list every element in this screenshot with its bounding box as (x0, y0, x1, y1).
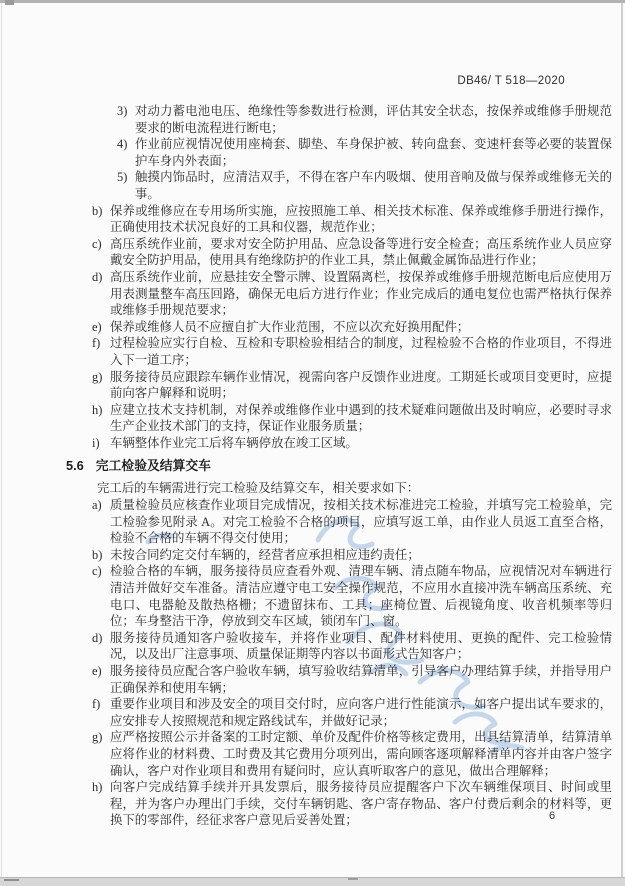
list-item-text: 向客户完成结算手续并开具发票后，服务接待员应提醒客户下次车辆维保项目、时间或里程… (110, 779, 612, 829)
list-item: a) 质量检验员应核查作业项目完成情况，按相关技术标准进完工检验，并填写完工检验… (92, 497, 612, 547)
list-item: 3) 对动力蓄电池电压、绝缘性等参数进行检测，评估其安全状态，按保养或维修手册规… (117, 103, 612, 136)
scan-edge-notch (5, 0, 14, 5)
list-item: h) 向客户完成结算手续并开具发票后，服务接待员应提醒客户下次车辆维保项目、时间… (92, 779, 612, 829)
page-number: 6 (549, 810, 555, 822)
list-item-text: 作业前应视情况使用座椅套、脚垫、车身保护被、转向盘套、变速杆套等必要的装置保护车… (135, 136, 612, 169)
page-body: 3) 对动力蓄电池电压、绝缘性等参数进行检测，评估其安全状态，按保养或维修手册规… (66, 103, 612, 829)
list-item-label: e) (92, 663, 110, 696)
list-item-label: d) (92, 269, 110, 319)
list-item-text: 触摸内饰品时，应清洁双手，不得在客户车内吸烟、使用音响及做与保养或维修无关的事。 (135, 169, 612, 202)
list-item-text: 未按合同约定交付车辆的，经营者应承担相应违约责任； (110, 547, 612, 564)
list-item-label: f) (92, 696, 110, 729)
document-number: DB46/ T 518—2020 (457, 75, 565, 87)
scan-artifact (4, 879, 19, 881)
list-item-label: e) (92, 319, 110, 336)
list-item: d) 高压系统作业前，应悬挂安全警示牌、设置隔离栏，按保养或维修手册规范断电后应… (92, 269, 612, 319)
list-item: d) 服务接待员通知客户验收接车，并将作业项目、配件材料使用、更换的配件、完工检… (92, 630, 612, 663)
list-item: g) 服务接待员应跟踪车辆作业情况，视需向客户反馈作业进度。工期延长或项目变更时… (92, 369, 612, 402)
list-item-text: 质量检验员应核查作业项目完成情况，按相关技术标准进完工检验，并填写完工检验单，完… (110, 497, 612, 547)
list-item: e) 服务接待员应配合客户验收车辆，填写验收结算清单，引导客户办理结算手续，并指… (92, 663, 612, 696)
list-item-label: g) (92, 369, 110, 402)
list-item-label: a) (92, 497, 110, 547)
list-item-label: 3) (117, 103, 135, 136)
list-item-text: 服务接待员通知客户验收接车，并将作业项目、配件材料使用、更换的配件、完工检验情况… (110, 630, 612, 663)
list-item-label: h) (92, 779, 110, 829)
section-intro: 完工后的车辆需进行完工检验及结算交车，相关要求如下： (66, 480, 612, 497)
section-title: 完工检验及结算交车 (96, 458, 211, 473)
list-item-text: 服务接待员应跟踪车辆作业情况，视需向客户反馈作业进度。工期延长或项目变更时，应提… (110, 369, 612, 402)
list-item-label: b) (92, 547, 110, 564)
list-item-label: d) (92, 630, 110, 663)
list-item-text: 服务接待员应配合客户验收车辆，填写验收结算清单，引导客户办理结算手续，并指导用户… (110, 663, 612, 696)
list-item-label: i) (92, 435, 110, 452)
scan-edge-bottom (0, 877, 625, 886)
list-item: c) 高压系统作业前，要求对安全防护用品、应急设备等进行安全检查；高压系统作业人… (92, 236, 612, 269)
list-item-label: b) (92, 203, 110, 236)
list-item: h) 应建立技术支持机制，对保养或维修作业中遇到的技术疑难问题做出及时响应，必要… (92, 402, 612, 435)
list-item-label: c) (92, 236, 110, 269)
list-item-label: h) (92, 402, 110, 435)
list-item: b) 未按合同约定交付车辆的，经营者应承担相应违约责任； (92, 547, 612, 564)
list-item-label: c) (92, 563, 110, 629)
list-item-text: 保养或维修人员不应擅自扩大作业范围，不应以次充好换用配件； (110, 319, 612, 336)
list-item-text: 过程检验应实行自检、互检和专职检验相结合的制度，过程检验不合格的作业项目，不得进… (110, 335, 612, 368)
list-item-text: 高压系统作业前，应悬挂安全警示牌、设置隔离栏，按保养或维修手册规范断电后应使用万… (110, 269, 612, 319)
scan-edge-left (1, 3, 2, 877)
list-item-label: f) (92, 335, 110, 368)
list-item-label: g) (92, 729, 110, 779)
list-item-label: 5) (117, 169, 135, 202)
list-item: g) 应严格按照公示并备案的工时定额、单价及配件价格等核定费用，出具结算清单，结… (92, 729, 612, 779)
list-item-label: 4) (117, 136, 135, 169)
list-item-text: 检验合格的车辆，服务接待员应查看外观、清理车辆、清点随车物品，应视情况对车辆进行… (110, 563, 612, 629)
list-item: 4) 作业前应视情况使用座椅套、脚垫、车身保护被、转向盘套、变速杆套等必要的装置… (117, 136, 612, 169)
list-item: e) 保养或维修人员不应擅自扩大作业范围，不应以次充好换用配件； (92, 319, 612, 336)
list-item-text: 车辆整体作业完工后将车辆停放在竣工区域。 (110, 435, 612, 452)
section-heading: 5.6完工检验及结算交车 (66, 459, 612, 473)
list-item-text: 对动力蓄电池电压、绝缘性等参数进行检测，评估其安全状态，按保养或维修手册规范要求… (135, 103, 612, 136)
list-item: 5) 触摸内饰品时，应清洁双手，不得在客户车内吸烟、使用音响及做与保养或维修无关… (117, 169, 612, 202)
list-item: f) 过程检验应实行自检、互检和专职检验相结合的制度，过程检验不合格的作业项目，… (92, 335, 612, 368)
list-item-text: 保养或维修应在专用场所实施，应按照施工单、相关技术标准、保养或维修手册进行操作，… (110, 203, 612, 236)
scan-artifact (348, 878, 358, 880)
list-item-text: 重要作业项目和涉及安全的项目交付时，应向客户进行性能演示，如客户提出试车要求的，… (110, 696, 612, 729)
section-number: 5.6 (66, 458, 84, 473)
scan-edge-right (621, 3, 623, 877)
list-item-text: 应严格按照公示并备案的工时定额、单价及配件价格等核定费用，出具结算清单，结算清单… (110, 729, 612, 779)
list-item: i) 车辆整体作业完工后将车辆停放在竣工区域。 (92, 435, 612, 452)
list-item: c) 检验合格的车辆，服务接待员应查看外观、清理车辆、清点随车物品，应视情况对车… (92, 563, 612, 629)
scan-edge-top (0, 0, 625, 3)
list-item-text: 应建立技术支持机制，对保养或维修作业中遇到的技术疑难问题做出及时响应，必要时寻求… (110, 402, 612, 435)
list-item: b) 保养或维修应在专用场所实施，应按照施工单、相关技术标准、保养或维修手册进行… (92, 203, 612, 236)
list-item-text: 高压系统作业前，要求对安全防护用品、应急设备等进行安全检查；高压系统作业人员应穿… (110, 236, 612, 269)
list-item: f) 重要作业项目和涉及安全的项目交付时，应向客户进行性能演示，如客户提出试车要… (92, 696, 612, 729)
